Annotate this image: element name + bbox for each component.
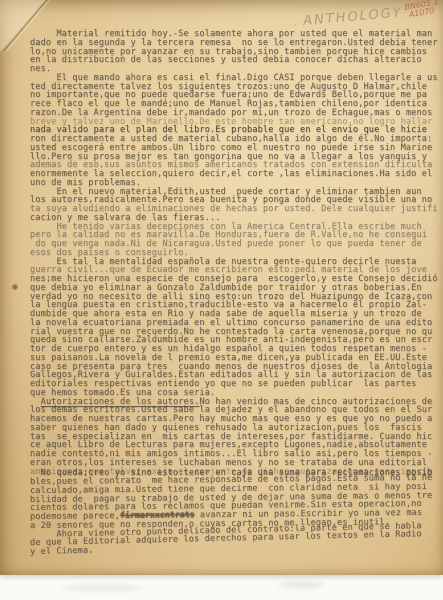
catalog-annotation: BN605.1 A1070: [404, 0, 440, 19]
anthology-label: ANTHOLOGY: [303, 5, 404, 29]
typed-line: breve y talvez uno de Marinello.De este …: [30, 118, 443, 127]
letter-page: BN605.1 A1070 .ANTHOLOGY Material remiti…: [0, 0, 443, 575]
typed-line: en la distribucion de las secciones y us…: [30, 56, 443, 65]
pencil-smudge: [62, 585, 142, 591]
ink-stain: [12, 284, 18, 290]
letter-body: Material remitido hoy.-Se solamente ahor…: [30, 30, 443, 557]
pencil-mark: .: [294, 17, 300, 28]
anthology-annotation: .ANTHOLOGY: [294, 5, 404, 29]
pencil-smudge: [278, 581, 324, 589]
